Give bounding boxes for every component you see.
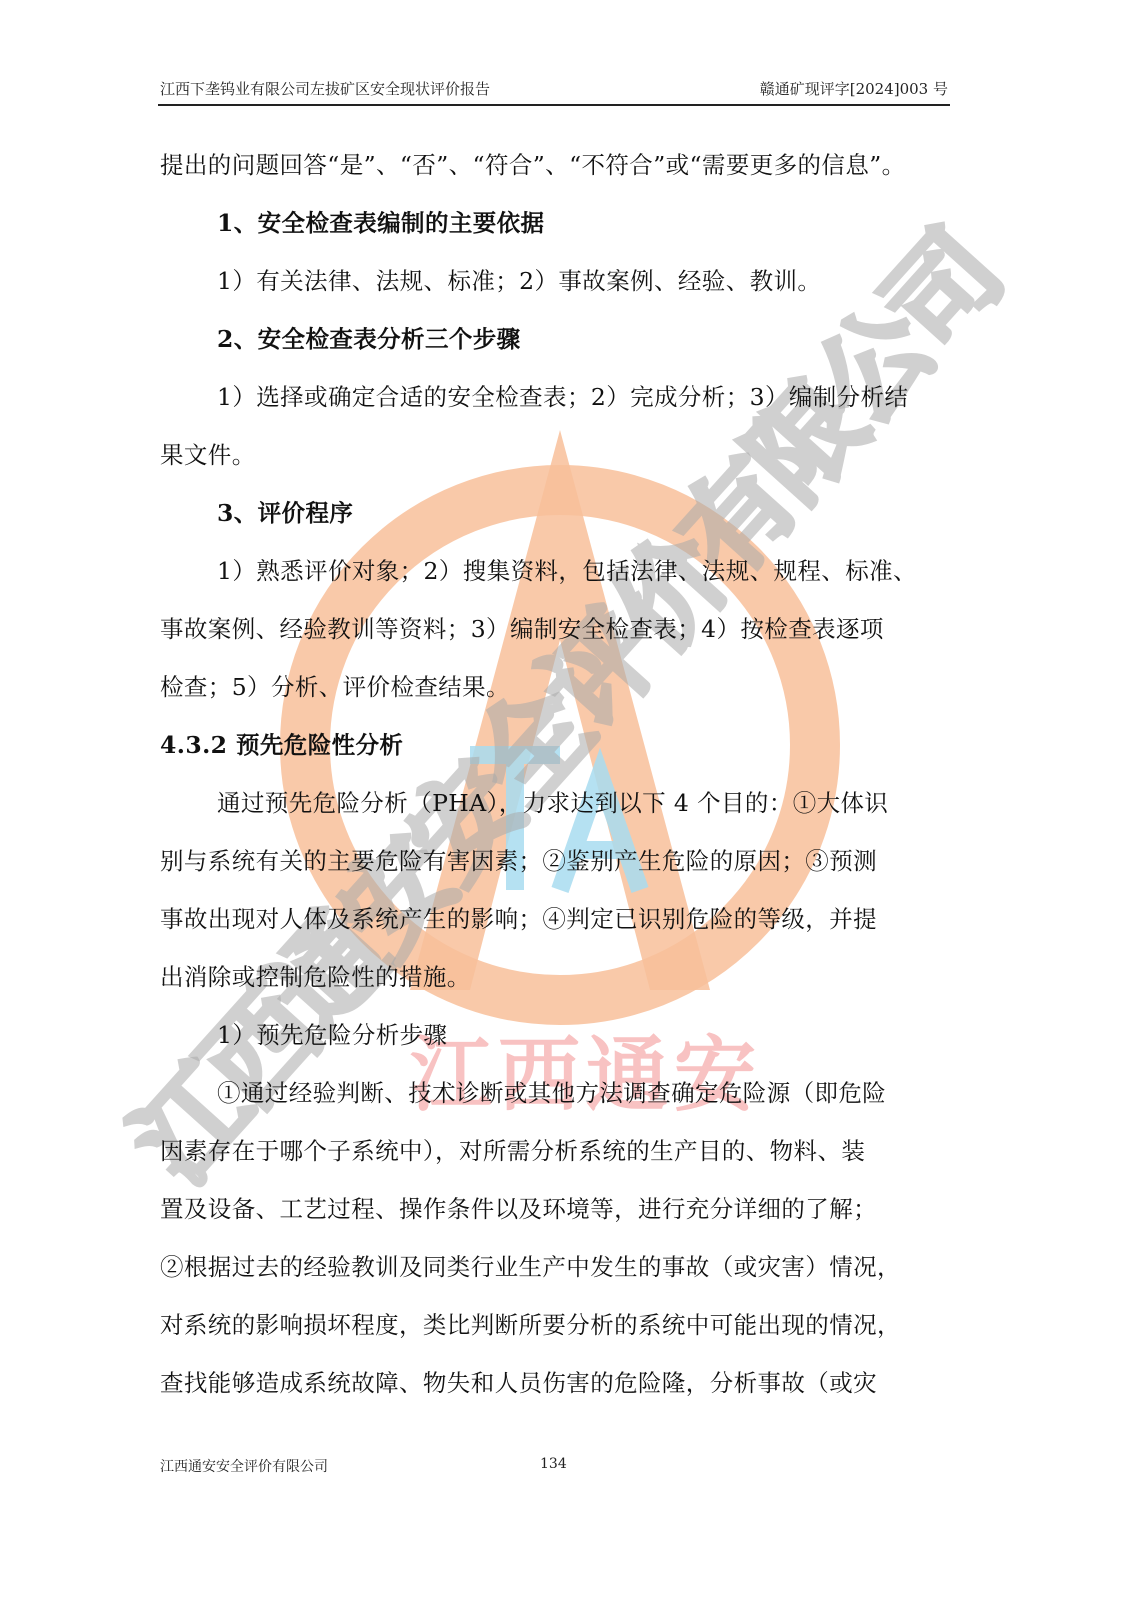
header-divider bbox=[158, 104, 950, 106]
paragraph-line: ①通过经验判断、技术诊断或其他方法调查确定危险源（即危险 bbox=[217, 1074, 886, 1108]
document-page: 江西通安安全评价有限公司 江西通安 江西下垄钨业有限公司左拔矿区安全现状评价报告… bbox=[0, 0, 1131, 1600]
paragraph-line: 1）预先危险分析步骤 bbox=[217, 1016, 447, 1050]
paragraph-line: 果文件。 bbox=[160, 436, 256, 470]
report-title: 江西下垄钨业有限公司左拔矿区安全现状评价报告 bbox=[160, 78, 490, 99]
watermark-red-text: 江西通安 bbox=[410, 1010, 762, 1127]
paragraph-line: 对系统的影响损坏程度，类比判断所要分析的系统中可能出现的情况， bbox=[160, 1306, 901, 1340]
document-number: 赣通矿现评字[2024]003 号 bbox=[760, 78, 948, 99]
section-heading: 3、评价程序 bbox=[217, 494, 353, 528]
paragraph-line: 1）选择或确定合适的安全检查表；2）完成分析；3）编制分析结 bbox=[217, 378, 908, 412]
section-heading: 2、安全检查表分析三个步骤 bbox=[217, 320, 521, 354]
paragraph-line: 检查；5）分析、评价检查结果。 bbox=[160, 668, 510, 702]
section-heading: 1、安全检查表编制的主要依据 bbox=[217, 204, 544, 238]
paragraph-line: 因素存在于哪个子系统中），对所需分析系统的生产目的、物料、装 bbox=[160, 1132, 865, 1166]
paragraph-line: 出消除或控制危险性的措施。 bbox=[160, 958, 471, 992]
paragraph-line: ②根据过去的经验教训及同类行业生产中发生的事故（或灾害）情况， bbox=[160, 1248, 901, 1282]
paragraph-line: 事故出现对人体及系统产生的影响；④判定已识别危险的等级，并提 bbox=[160, 900, 877, 934]
paragraph-line: 1）有关法律、法规、标准；2）事故案例、经验、教训。 bbox=[217, 262, 821, 296]
footer-company: 江西通安安全评价有限公司 bbox=[160, 1456, 328, 1476]
subsection-heading: 4.3.2 预先危险性分析 bbox=[160, 726, 403, 760]
page-number: 134 bbox=[540, 1456, 567, 1472]
paragraph-line: 查找能够造成系统故障、物失和人员伤害的危险隆，分析事故（或灾 bbox=[160, 1364, 877, 1398]
paragraph-line: 置及设备、工艺过程、操作条件以及环境等，进行充分详细的了解； bbox=[160, 1190, 877, 1224]
paragraph-line: 通过预先危险分析（PHA），力求达到以下 4 个目的：①大体识 bbox=[217, 784, 888, 818]
paragraph-line: 事故案例、经验教训等资料；3）编制安全检查表；4）按检查表逐项 bbox=[160, 610, 884, 644]
paragraph-line: 别与系统有关的主要危险有害因素；②鉴别产生危险的原因；③预测 bbox=[160, 842, 877, 876]
paragraph-line: 1）熟悉评价对象；2）搜集资料，包括法律、法规、规程、标准、 bbox=[217, 552, 917, 586]
paragraph-line: 提出的问题回答“是”、“否”、“符合”、“不符合”或“需要更多的信息”。 bbox=[160, 146, 906, 180]
page-header: 江西下垄钨业有限公司左拔矿区安全现状评价报告 赣通矿现评字[2024]003 号 bbox=[160, 78, 948, 102]
